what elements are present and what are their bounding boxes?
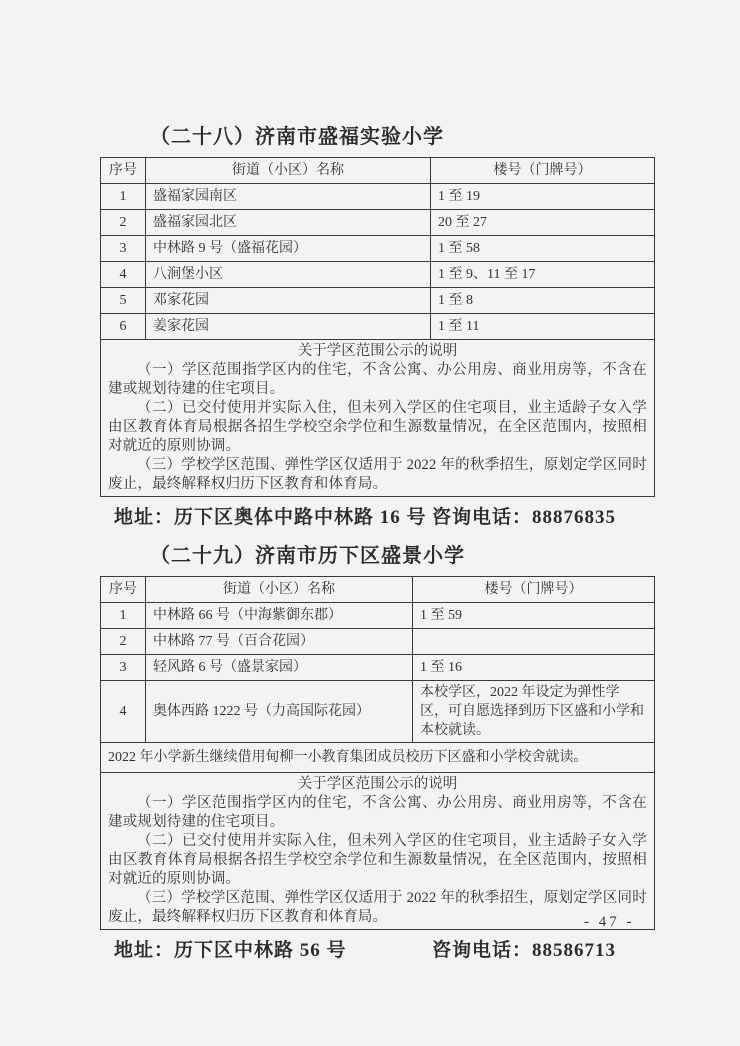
notice-cell: 关于学区范围公示的说明 （一）学区范围指学区内的住宅，不含公寓、办公用房、商业用… [101,340,655,497]
cell-name: 盛福家园南区 [146,184,431,210]
span-note-cell: 2022 年小学新生继续借用甸柳一小教育集团成员校历下区盛和小学校舍就读。 [101,743,655,773]
cell-seq: 3 [101,236,146,262]
section-1-title: （二十八）济南市盛福实验小学 [100,124,656,150]
cell-seq: 4 [101,262,146,288]
header-seq: 序号 [101,577,146,603]
table-row: 6 姜家花园 1 至 11 [101,314,655,340]
cell-seq: 2 [101,629,146,655]
notice-paragraph-3: （三）学校学区范围、弹性学区仅适用于 2022 年的秋季招生，原划定学区同时废止… [108,889,647,927]
notice-cell: 关于学区范围公示的说明 （一）学区范围指学区内的住宅，不含公寓、办公用房、商业用… [101,773,655,930]
header-street-name: 街道（小区）名称 [146,577,413,603]
cell-building: 1 至 11 [431,314,655,340]
cell-seq: 4 [101,681,146,743]
page-number: - 47 - [584,914,635,931]
cell-building: 20 至 27 [431,210,655,236]
cell-building [413,629,655,655]
cell-name: 八涧堡小区 [146,262,431,288]
address-line-2: 地址：历下区中林路 56 号 咨询电话：88586713 [100,936,656,966]
cell-building: 1 至 16 [413,655,655,681]
cell-building: 1 至 8 [431,288,655,314]
cell-name: 中林路 9 号（盛福花园） [146,236,431,262]
cell-name: 盛福家园北区 [146,210,431,236]
phone-text: 咨询电话：88876835 [432,503,616,533]
cell-name: 姜家花园 [146,314,431,340]
cell-seq: 6 [101,314,146,340]
table-row: 1 盛福家园南区 1 至 19 [101,184,655,210]
cell-seq: 5 [101,288,146,314]
cell-name: 中林路 77 号（百合花园） [146,629,413,655]
table-row: 2 中林路 77 号（百合花园） [101,629,655,655]
table-row: 5 邓家花园 1 至 8 [101,288,655,314]
notice-paragraph-2: （二）已交付使用并实际入住，但未列入学区的住宅项目，业主适龄子女入学由区教育体育… [108,832,647,889]
header-building-no: 楼号（门牌号） [431,158,655,184]
section-2-title: （二十九）济南市历下区盛景小学 [100,543,656,569]
phone-text: 咨询电话：88586713 [432,936,616,966]
notice-row: 关于学区范围公示的说明 （一）学区范围指学区内的住宅，不含公寓、办公用房、商业用… [101,773,655,930]
notice-row: 关于学区范围公示的说明 （一）学区范围指学区内的住宅，不含公寓、办公用房、商业用… [101,340,655,497]
cell-seq: 1 [101,603,146,629]
notice-paragraph-1: （一）学区范围指学区内的住宅，不含公寓、办公用房、商业用房等，不含在建或规划待建… [108,794,647,832]
notice-title: 关于学区范围公示的说明 [108,775,647,794]
table-row: 1 中林路 66 号（中海紫御东郡） 1 至 59 [101,603,655,629]
span-note-row: 2022 年小学新生继续借用甸柳一小教育集团成员校历下区盛和小学校舍就读。 [101,743,655,773]
cell-name: 奥体西路 1222 号（力高国际花园） [146,681,413,743]
document-page: （二十八）济南市盛福实验小学 序号 街道（小区）名称 楼号（门牌号） 1 盛福家… [100,0,656,976]
table-row: 4 奥体西路 1222 号（力高国际花园） 本校学区，2022 年设定为弹性学区… [101,681,655,743]
header-building-no: 楼号（门牌号） [413,577,655,603]
table-header-row: 序号 街道（小区）名称 楼号（门牌号） [101,577,655,603]
cell-name: 轻风路 6 号（盛景家园） [146,655,413,681]
cell-name: 中林路 66 号（中海紫御东郡） [146,603,413,629]
notice-paragraph-3: （三）学校学区范围、弹性学区仅适用于 2022 年的秋季招生，原划定学区同时废止… [108,456,647,494]
header-seq: 序号 [101,158,146,184]
table-row: 3 轻风路 6 号（盛景家园） 1 至 16 [101,655,655,681]
table-row: 3 中林路 9 号（盛福花园） 1 至 58 [101,236,655,262]
table-header-row: 序号 街道（小区）名称 楼号（门牌号） [101,158,655,184]
notice-paragraph-2: （二）已交付使用并实际入住，但未列入学区的住宅项目，业主适龄子女入学由区教育体育… [108,399,647,456]
cell-name: 邓家花园 [146,288,431,314]
cell-building: 1 至 59 [413,603,655,629]
cell-seq: 1 [101,184,146,210]
cell-seq: 2 [101,210,146,236]
cell-seq: 3 [101,655,146,681]
cell-building: 本校学区，2022 年设定为弹性学区，可自愿选择到历下区盛和小学和本校就读。 [413,681,655,743]
cell-building: 1 至 9、11 至 17 [431,262,655,288]
address-line-1: 地址：历下区奥体中路中林路 16 号 咨询电话：88876835 [100,503,656,533]
school-table-2: 序号 街道（小区）名称 楼号（门牌号） 1 中林路 66 号（中海紫御东郡） 1… [100,576,655,930]
notice-paragraph-1: （一）学区范围指学区内的住宅，不含公寓、办公用房、商业用房等，不含在建或规划待建… [108,361,647,399]
table-row: 2 盛福家园北区 20 至 27 [101,210,655,236]
cell-building: 1 至 58 [431,236,655,262]
cell-building: 1 至 19 [431,184,655,210]
school-table-1: 序号 街道（小区）名称 楼号（门牌号） 1 盛福家园南区 1 至 19 2 盛福… [100,157,655,497]
address-text: 地址：历下区奥体中路中林路 16 号 [114,507,427,528]
header-street-name: 街道（小区）名称 [146,158,431,184]
table-row: 4 八涧堡小区 1 至 9、11 至 17 [101,262,655,288]
notice-title: 关于学区范围公示的说明 [108,342,647,361]
address-text: 地址：历下区中林路 56 号 [114,940,347,961]
